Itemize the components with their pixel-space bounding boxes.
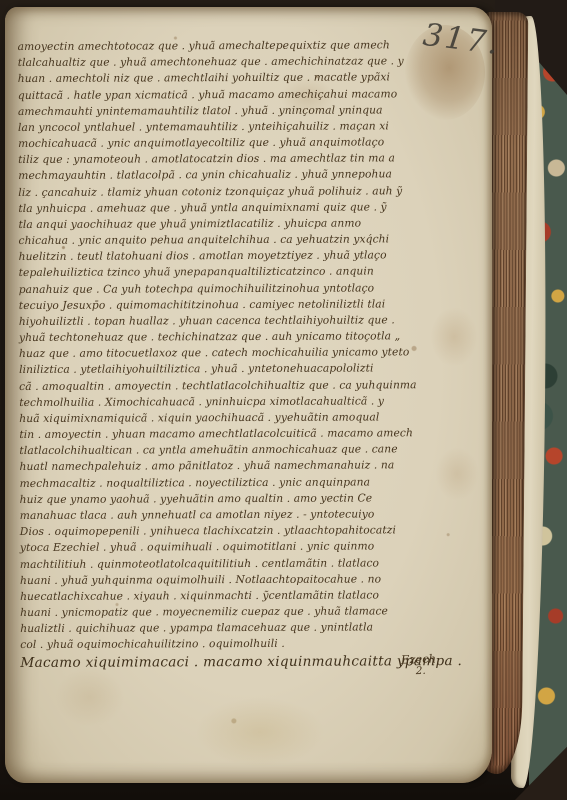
manuscript-line: tin . amoyectin . yhuan macamo amechtlat…: [19, 425, 477, 443]
manuscript-line: manahuac tlaca . auh ynnehuatl ca amotla…: [20, 506, 478, 524]
manuscript-line: hiyohuiliztli . topan huallaz . yhuan ca…: [19, 312, 477, 330]
manuscript-line: panahuiz que . Ca yuh totechpa quimochih…: [19, 280, 477, 298]
manuscript-line: huatl namechpalehuiz . amo pãnitlatoz . …: [19, 457, 477, 475]
book-photograph: 317. amoyectin amechtotocaz que . yhuã a…: [0, 0, 567, 800]
manuscript-line: mechmayauhtin . tlatlacolpã . ca ynin ch…: [18, 166, 476, 184]
manuscript-line: huan . amechtoli niz que . amechtlaihi y…: [18, 69, 476, 87]
manuscript-line: huani . yhuã yuhquinma oquimolhuili . No…: [20, 571, 478, 589]
manuscript-line: Dios . oquimopepenili . ynihueca tlachix…: [20, 522, 478, 540]
manuscript-line: chicahua . ynic anquito pehua anquitelch…: [18, 231, 476, 249]
manuscript-line: tla anqui yaochihuaz que yhuã ynimiztlac…: [18, 215, 476, 233]
manuscript-line: hualiztli . quichihuaz que . ypampa tlam…: [20, 619, 478, 637]
manuscript-line: lan yncocol yntlahuel . yntemamauhtiliz …: [18, 118, 476, 136]
manuscript-line: tlalcahualtiz que . yhuã amechtonehuaz q…: [18, 53, 476, 71]
manuscript-line: machtilitiuh . quinmoteotlatolcaquitilit…: [20, 554, 478, 572]
manuscript-line: quittacã . hatle ypan xicmaticã . yhuã m…: [18, 86, 476, 104]
manuscript-line: tlatlacolchihualtican . ca yntla amehuãt…: [19, 441, 477, 459]
manuscript-line: tepalehuiliztica tzinco yhuã ynepapanqua…: [19, 263, 477, 281]
manuscript-line: mochicahuacã . ynic anquimotlayecoltiliz…: [18, 134, 476, 152]
manuscript-line: techmolhuilia . Ximochicahuacã . yninhui…: [19, 393, 477, 411]
manuscript-line: cã . amoqualtin . amoyectin . techtlatla…: [19, 377, 477, 395]
manuscript-page: 317. amoyectin amechtotocaz que . yhuã a…: [5, 7, 492, 783]
manuscript-line: huelitzin . teutl tlatohuani dios . amot…: [19, 247, 477, 265]
margin-citation: Ezech. 2.: [393, 651, 449, 678]
manuscript-line: mechmacaltiz . noqualtiliztica . noyecti…: [20, 474, 478, 492]
paper-stain: [55, 667, 125, 727]
manuscript-line: huaz que . amo titocuetlaxoz que . catec…: [19, 344, 477, 362]
manuscript-line: liz . çancahuiz . tlamiz yhuan cotoniz t…: [18, 183, 476, 201]
manuscript-line: yhuã techtonehuaz que . techichinatzaz q…: [19, 328, 477, 346]
manuscript-line: tiliz que : ynamoteouh . amotlatocatzin …: [18, 150, 476, 168]
manuscript-line: amoyectin amechtotocaz que . yhuã amecha…: [18, 37, 476, 55]
manuscript-line: huani . ynicmopatiz que . moyecnemiliz c…: [20, 603, 478, 621]
manuscript-line: huiz que ynamo yaohuã . yyehuãtin amo qu…: [20, 490, 478, 508]
manuscript-line: huecatlachixcahue . xiyauh . xiquinmacht…: [20, 587, 478, 605]
manuscript-line: amechmauhti ynintemamauhtiliz tlatol . y…: [18, 102, 476, 120]
manuscript-line: col . yhuã oquimochicahuilitzino . oquim…: [20, 635, 478, 653]
manuscript-line: tecuiyo Jesuxp̄o . quimomachititzinohua …: [19, 296, 477, 314]
paper-stain: [195, 697, 325, 767]
manuscript-line: huã xiquimixnamiquicã . xiquin yaochihua…: [19, 409, 477, 427]
manuscript-line: liniliztica . ytetlaihiyohuiltiliztica .…: [19, 360, 477, 378]
text-block: amoyectin amechtotocaz que . yhuã amecha…: [18, 37, 479, 672]
manuscript-line: ytoca Ezechiel . yhuã . oquimihuali . oq…: [20, 538, 478, 556]
manuscript-line: tla ynhuicpa . amehuaz que . yhuã yntla …: [18, 199, 476, 217]
